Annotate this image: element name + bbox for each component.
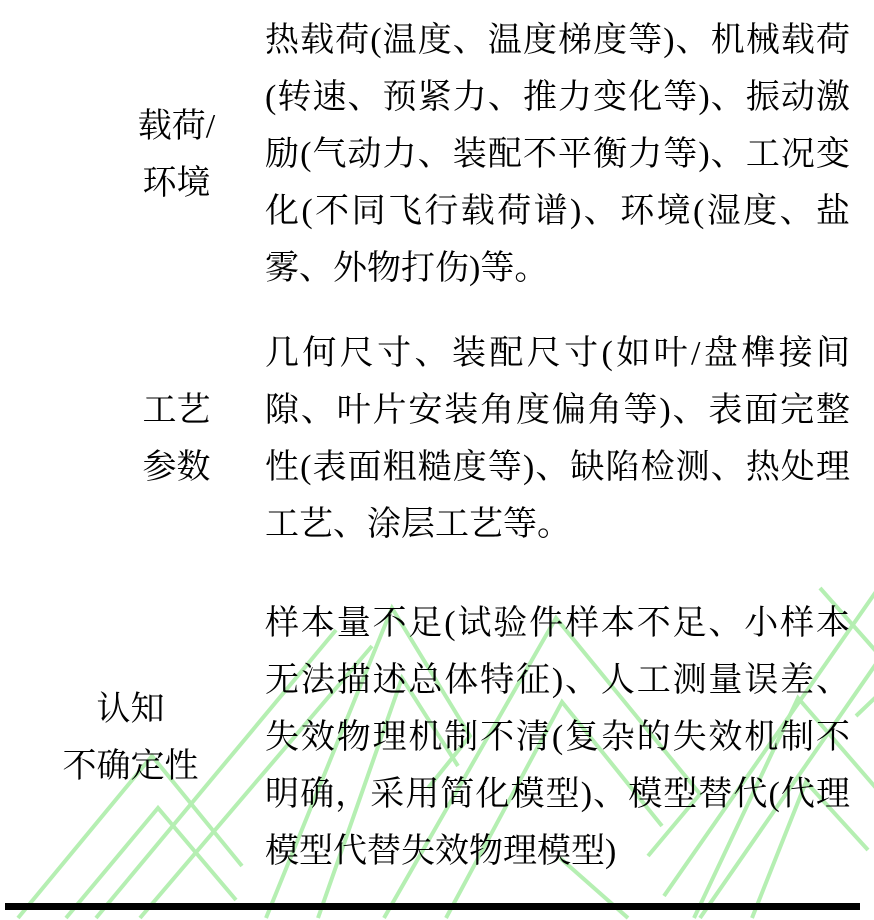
row-content-epistemic-uncertainty: 样本量不足(试验件样本不足、小样本无法描述总体特征)、人工测量误差、失效物理机制… <box>265 595 850 880</box>
row-content-load-environment: 热载荷(温度、温度梯度等)、机械载荷(转速、预紧力、推力变化等)、振动激励(气动… <box>265 12 850 297</box>
table-row-load-environment: 载荷/ 环境 热载荷(温度、温度梯度等)、机械载荷(转速、预紧力、推力变化等)、… <box>0 12 874 297</box>
table-row-process-parameters: 工艺 参数 几何尺寸、装配尺寸(如叶/盘榫接间隙、叶片安装角度偏角等)、表面完整… <box>0 325 874 553</box>
document-page: 载荷/ 环境 热载荷(温度、温度梯度等)、机械载荷(转速、预紧力、推力变化等)、… <box>0 0 874 920</box>
row-content-process-parameters: 几何尺寸、装配尺寸(如叶/盘榫接间隙、叶片安装角度偏角等)、表面完整性(表面粗糙… <box>265 325 850 553</box>
table-row-epistemic-uncertainty: 认知 不确定性 样本量不足(试验件样本不足、小样本无法描述总体特征)、人工测量误… <box>0 595 874 880</box>
row-label-load-environment: 载荷/ 环境 <box>44 12 309 297</box>
row-label-line: 环境 <box>143 155 211 212</box>
row-label-line: 载荷/ <box>138 98 215 155</box>
row-label-line: 参数 <box>143 439 211 496</box>
row-label-process-parameters: 工艺 参数 <box>44 325 309 553</box>
row-label-line: 认知 <box>97 681 165 738</box>
table-bottom-border <box>5 903 860 910</box>
row-label-epistemic-uncertainty: 认知 不确定性 <box>0 595 263 880</box>
row-label-line: 工艺 <box>143 382 211 439</box>
row-label-line: 不确定性 <box>63 738 199 795</box>
uncertainty-sources-table: 载荷/ 环境 热载荷(温度、温度梯度等)、机械载荷(转速、预紧力、推力变化等)、… <box>0 0 874 880</box>
